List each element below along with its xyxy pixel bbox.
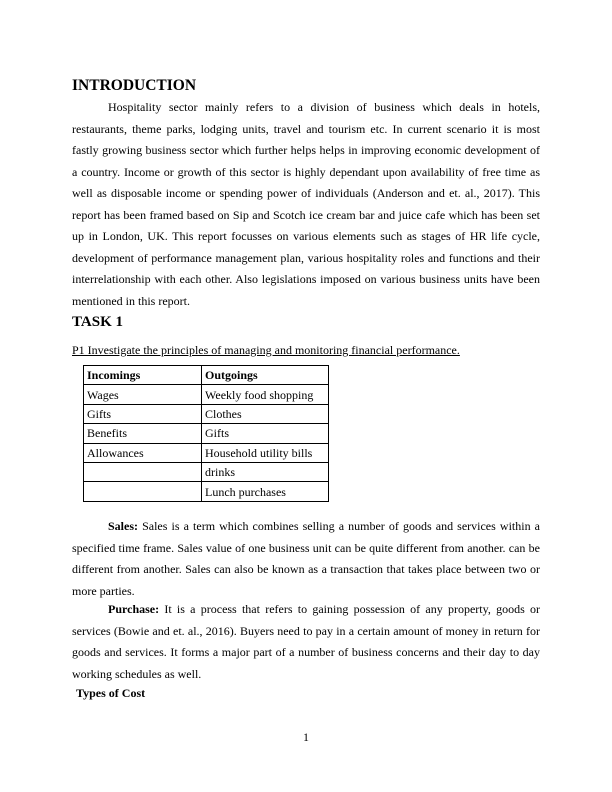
task1-heading: TASK 1 xyxy=(72,314,123,331)
sales-paragraph: Sales: Sales is a term which combines se… xyxy=(72,516,540,602)
table-cell-incoming: Allowances xyxy=(84,443,202,462)
task1-subheading: P1 Investigate the principles of managin… xyxy=(72,343,460,358)
types-of-cost-heading: Types of Cost xyxy=(76,686,145,701)
table-cell-incoming: Benefits xyxy=(84,424,202,443)
table-row: Allowances Household utility bills xyxy=(84,443,329,462)
table-cell-outgoing: Weekly food shopping xyxy=(202,385,329,404)
table-row: Benefits Gifts xyxy=(84,424,329,443)
introduction-paragraph: Hospitality sector mainly refers to a di… xyxy=(72,97,540,312)
purchase-paragraph: Purchase: It is a process that refers to… xyxy=(72,599,540,685)
table-header-row: Incomings Outgoings xyxy=(84,366,329,385)
table-cell-incoming xyxy=(84,462,202,481)
document-page: INTRODUCTION Hospitality sector mainly r… xyxy=(0,0,612,792)
table-cell-outgoing: Household utility bills xyxy=(202,443,329,462)
introduction-heading: INTRODUCTION xyxy=(72,77,196,95)
table-row: drinks xyxy=(84,462,329,481)
table-header-outgoings: Outgoings xyxy=(202,366,329,385)
table-row: Wages Weekly food shopping xyxy=(84,385,329,404)
table-cell-incoming: Gifts xyxy=(84,404,202,423)
page-number: 1 xyxy=(0,730,612,745)
sales-text: Sales is a term which combines selling a… xyxy=(72,519,540,598)
table-row: Gifts Clothes xyxy=(84,404,329,423)
table-cell-incoming xyxy=(84,482,202,501)
sales-label: Sales: xyxy=(108,519,138,533)
table-cell-outgoing: Gifts xyxy=(202,424,329,443)
table-cell-incoming: Wages xyxy=(84,385,202,404)
table-header-incomings: Incomings xyxy=(84,366,202,385)
incomings-outgoings-table: Incomings Outgoings Wages Weekly food sh… xyxy=(83,365,329,502)
table-cell-outgoing: Lunch purchases xyxy=(202,482,329,501)
table-cell-outgoing: Clothes xyxy=(202,404,329,423)
table-row: Lunch purchases xyxy=(84,482,329,501)
table-cell-outgoing: drinks xyxy=(202,462,329,481)
purchase-label: Purchase: xyxy=(108,602,159,616)
